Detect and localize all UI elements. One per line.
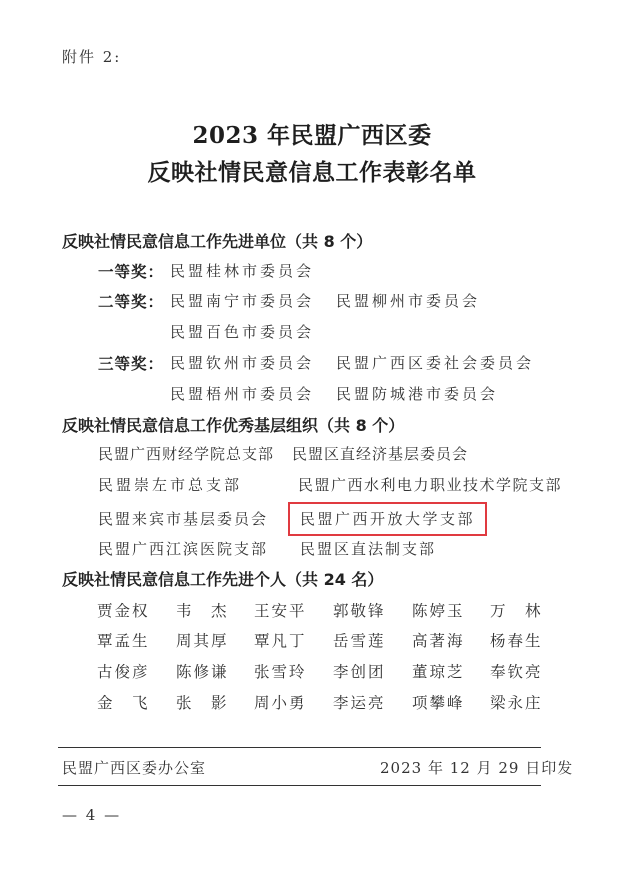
person-name: 郭敬锋 [333,599,405,621]
award-label-second: 二等奖： [98,290,164,312]
document-title-line2: 反映社情民意信息工作表彰名单 [0,154,624,187]
person-name: 张雪玲 [254,660,326,682]
section-heading-advanced-individuals: 反映社情民意信息工作先进个人（共 24 名） [62,567,383,590]
award-unit: 民盟百色市委员会 [170,321,314,342]
person-name: 古俊彦 [97,660,169,682]
person-name: 李运亮 [333,691,405,713]
footer-divider-top [58,747,541,748]
footer-divider-bottom [58,785,541,786]
person-name: 陈婷玉 [412,599,484,621]
person-name: 高著海 [412,629,484,651]
person-name: 岳雪莲 [333,629,405,651]
section-heading-excellent-orgs: 反映社情民意信息工作优秀基层组织（共 8 个） [62,413,404,436]
award-unit: 民盟南宁市委员会 [170,290,314,311]
person-name: 韦 杰 [176,599,248,621]
org-item-highlighted: 民盟广西开放大学支部 [288,502,487,536]
org-item: 民盟广西江滨医院支部 [98,538,268,559]
attachment-label: 附件 2: [62,46,121,67]
person-name: 覃孟生 [97,629,169,651]
person-name: 李创团 [333,660,405,682]
person-name: 梁永庄 [490,691,562,713]
person-name: 杨春生 [490,629,562,651]
award-unit: 民盟桂林市委员会 [170,260,314,281]
section-heading-advanced-units: 反映社情民意信息工作先进单位（共 8 个） [62,229,372,252]
person-name: 奉钦亮 [490,660,562,682]
org-item: 民盟区直经济基层委员会 [292,443,468,464]
person-name: 贾金权 [97,599,169,621]
person-name: 万 林 [490,599,562,621]
person-name: 周小勇 [254,691,326,713]
person-name: 项攀峰 [412,691,484,713]
person-name: 覃凡丁 [254,629,326,651]
footer-date: 2023 年 12 月 29 日印发 [380,757,573,778]
footer-issuer: 民盟广西区委办公室 [62,757,206,778]
person-name: 王安平 [254,599,326,621]
award-label-third: 三等奖： [98,352,164,374]
person-name: 张 影 [176,691,248,713]
org-item: 民盟广西水利电力职业技术学院支部 [298,474,562,495]
person-name: 周其厚 [176,629,248,651]
org-item: 民盟广西财经学院总支部 [98,443,274,464]
person-name: 金 飞 [97,691,169,713]
org-item: 民盟区直法制支部 [300,538,436,559]
award-label-first: 一等奖： [98,260,164,282]
document-title-line1: 2023 年民盟广西区委 [0,117,624,150]
person-name: 陈修谦 [176,660,248,682]
page-number: — 4 — [62,806,121,824]
award-unit: 民盟广西区委社会委员会 [336,352,534,373]
award-unit: 民盟柳州市委员会 [336,290,480,311]
person-name: 董琼芝 [412,660,484,682]
award-unit: 民盟梧州市委员会 [170,383,314,404]
org-item: 民盟来宾市基层委员会 [98,508,268,529]
award-unit: 民盟防城港市委员会 [336,383,498,404]
award-unit: 民盟钦州市委员会 [170,352,314,373]
org-item: 民盟崇左市总支部 [98,474,242,495]
